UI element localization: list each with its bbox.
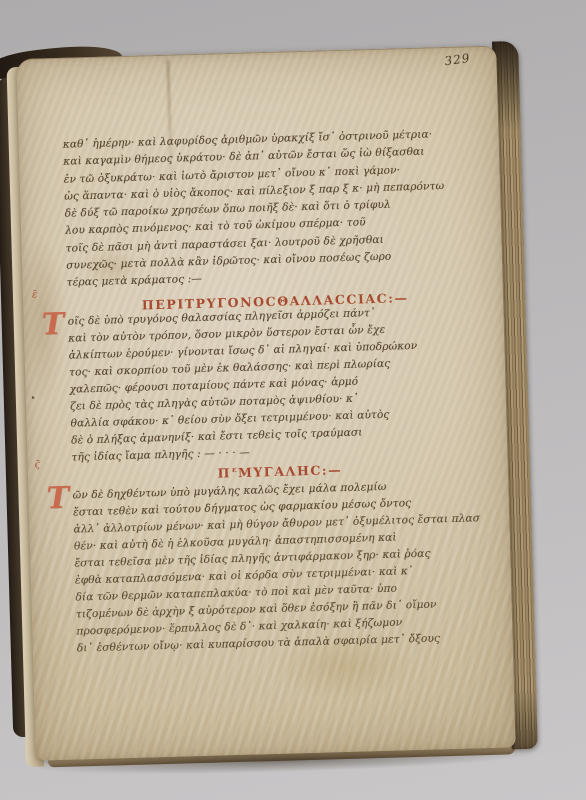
folio-number: 329 bbox=[444, 51, 472, 68]
parchment-stain bbox=[272, 629, 414, 703]
margin-chapter-number-6: ϛ̄ bbox=[35, 459, 41, 470]
manuscript-page: 329 ε̄ ‣ ϛ̄ καθ᾽ ἡμέρην· καὶ λαφυρίδος ἀ… bbox=[16, 46, 515, 761]
text-line: τιζομένων δὲ ἀρχὴν ξ αὐρότερον καὶ ὅθεν … bbox=[76, 595, 492, 624]
heading-superscript-epsilon: ε bbox=[232, 464, 237, 474]
rubricated-initial: Τ bbox=[46, 484, 69, 515]
paragraph-trygon: Τ οῖς δὲ ὑπὸ τρυγόνος θαλασσίας πληγεῖσι… bbox=[67, 302, 487, 467]
text-line: ἔσται τεθεῖσα μὲν τῆς ἰδίας πληγῆς ἀντιφ… bbox=[74, 544, 490, 573]
text-line: ἐφθὰ καταπλασσόμενα· καὶ οἱ κόρδα σὺν τε… bbox=[75, 561, 491, 590]
rubricated-initial: Τ bbox=[41, 310, 64, 341]
paragraph-continuation: καθ᾽ ἡμέρην· καὶ λαφυρίδος ἀριθμῶν ὑρακχ… bbox=[63, 125, 483, 292]
text-block: καθ᾽ ἡμέρην· καὶ λαφυρίδος ἀριθμῶν ὑρακχ… bbox=[63, 125, 479, 137]
text-line: θέν· καὶ αὐτὴ δὲ ἡ ἑλκοῦσα μυγάλη· ἀπαστ… bbox=[74, 527, 490, 556]
text-line: δία τῶν θερμῶν καταπεπλακύα· τὸ ποὶ καὶ … bbox=[75, 578, 491, 607]
text-line: προσφερόμενον· ἕρπυλλος δὲ δ᾽· καὶ χαλκα… bbox=[76, 612, 492, 641]
margin-chapter-number-5: ε̄ bbox=[32, 289, 38, 300]
paragraph-mygale: Τ ῶν δὲ δηχθέντων ὑπὸ μυγάλης καλῶς ἔχει… bbox=[72, 476, 493, 658]
photo-background: 329 ε̄ ‣ ϛ̄ καθ᾽ ἡμέρην· καὶ λαφυρίδος ἀ… bbox=[0, 0, 586, 800]
text-line: δι᾽ ἐσθέντων οἴνῳ· καὶ κυπαρίσσου τὰ ἁπα… bbox=[77, 629, 493, 658]
heading-pi: Π bbox=[217, 465, 231, 480]
manuscript-book: 329 ε̄ ‣ ϛ̄ καθ᾽ ἡμέρην· καὶ λαφυρίδος ἀ… bbox=[6, 33, 534, 771]
heading-mygales: ΜΥΓΑΛΗϹ:— bbox=[238, 462, 343, 480]
